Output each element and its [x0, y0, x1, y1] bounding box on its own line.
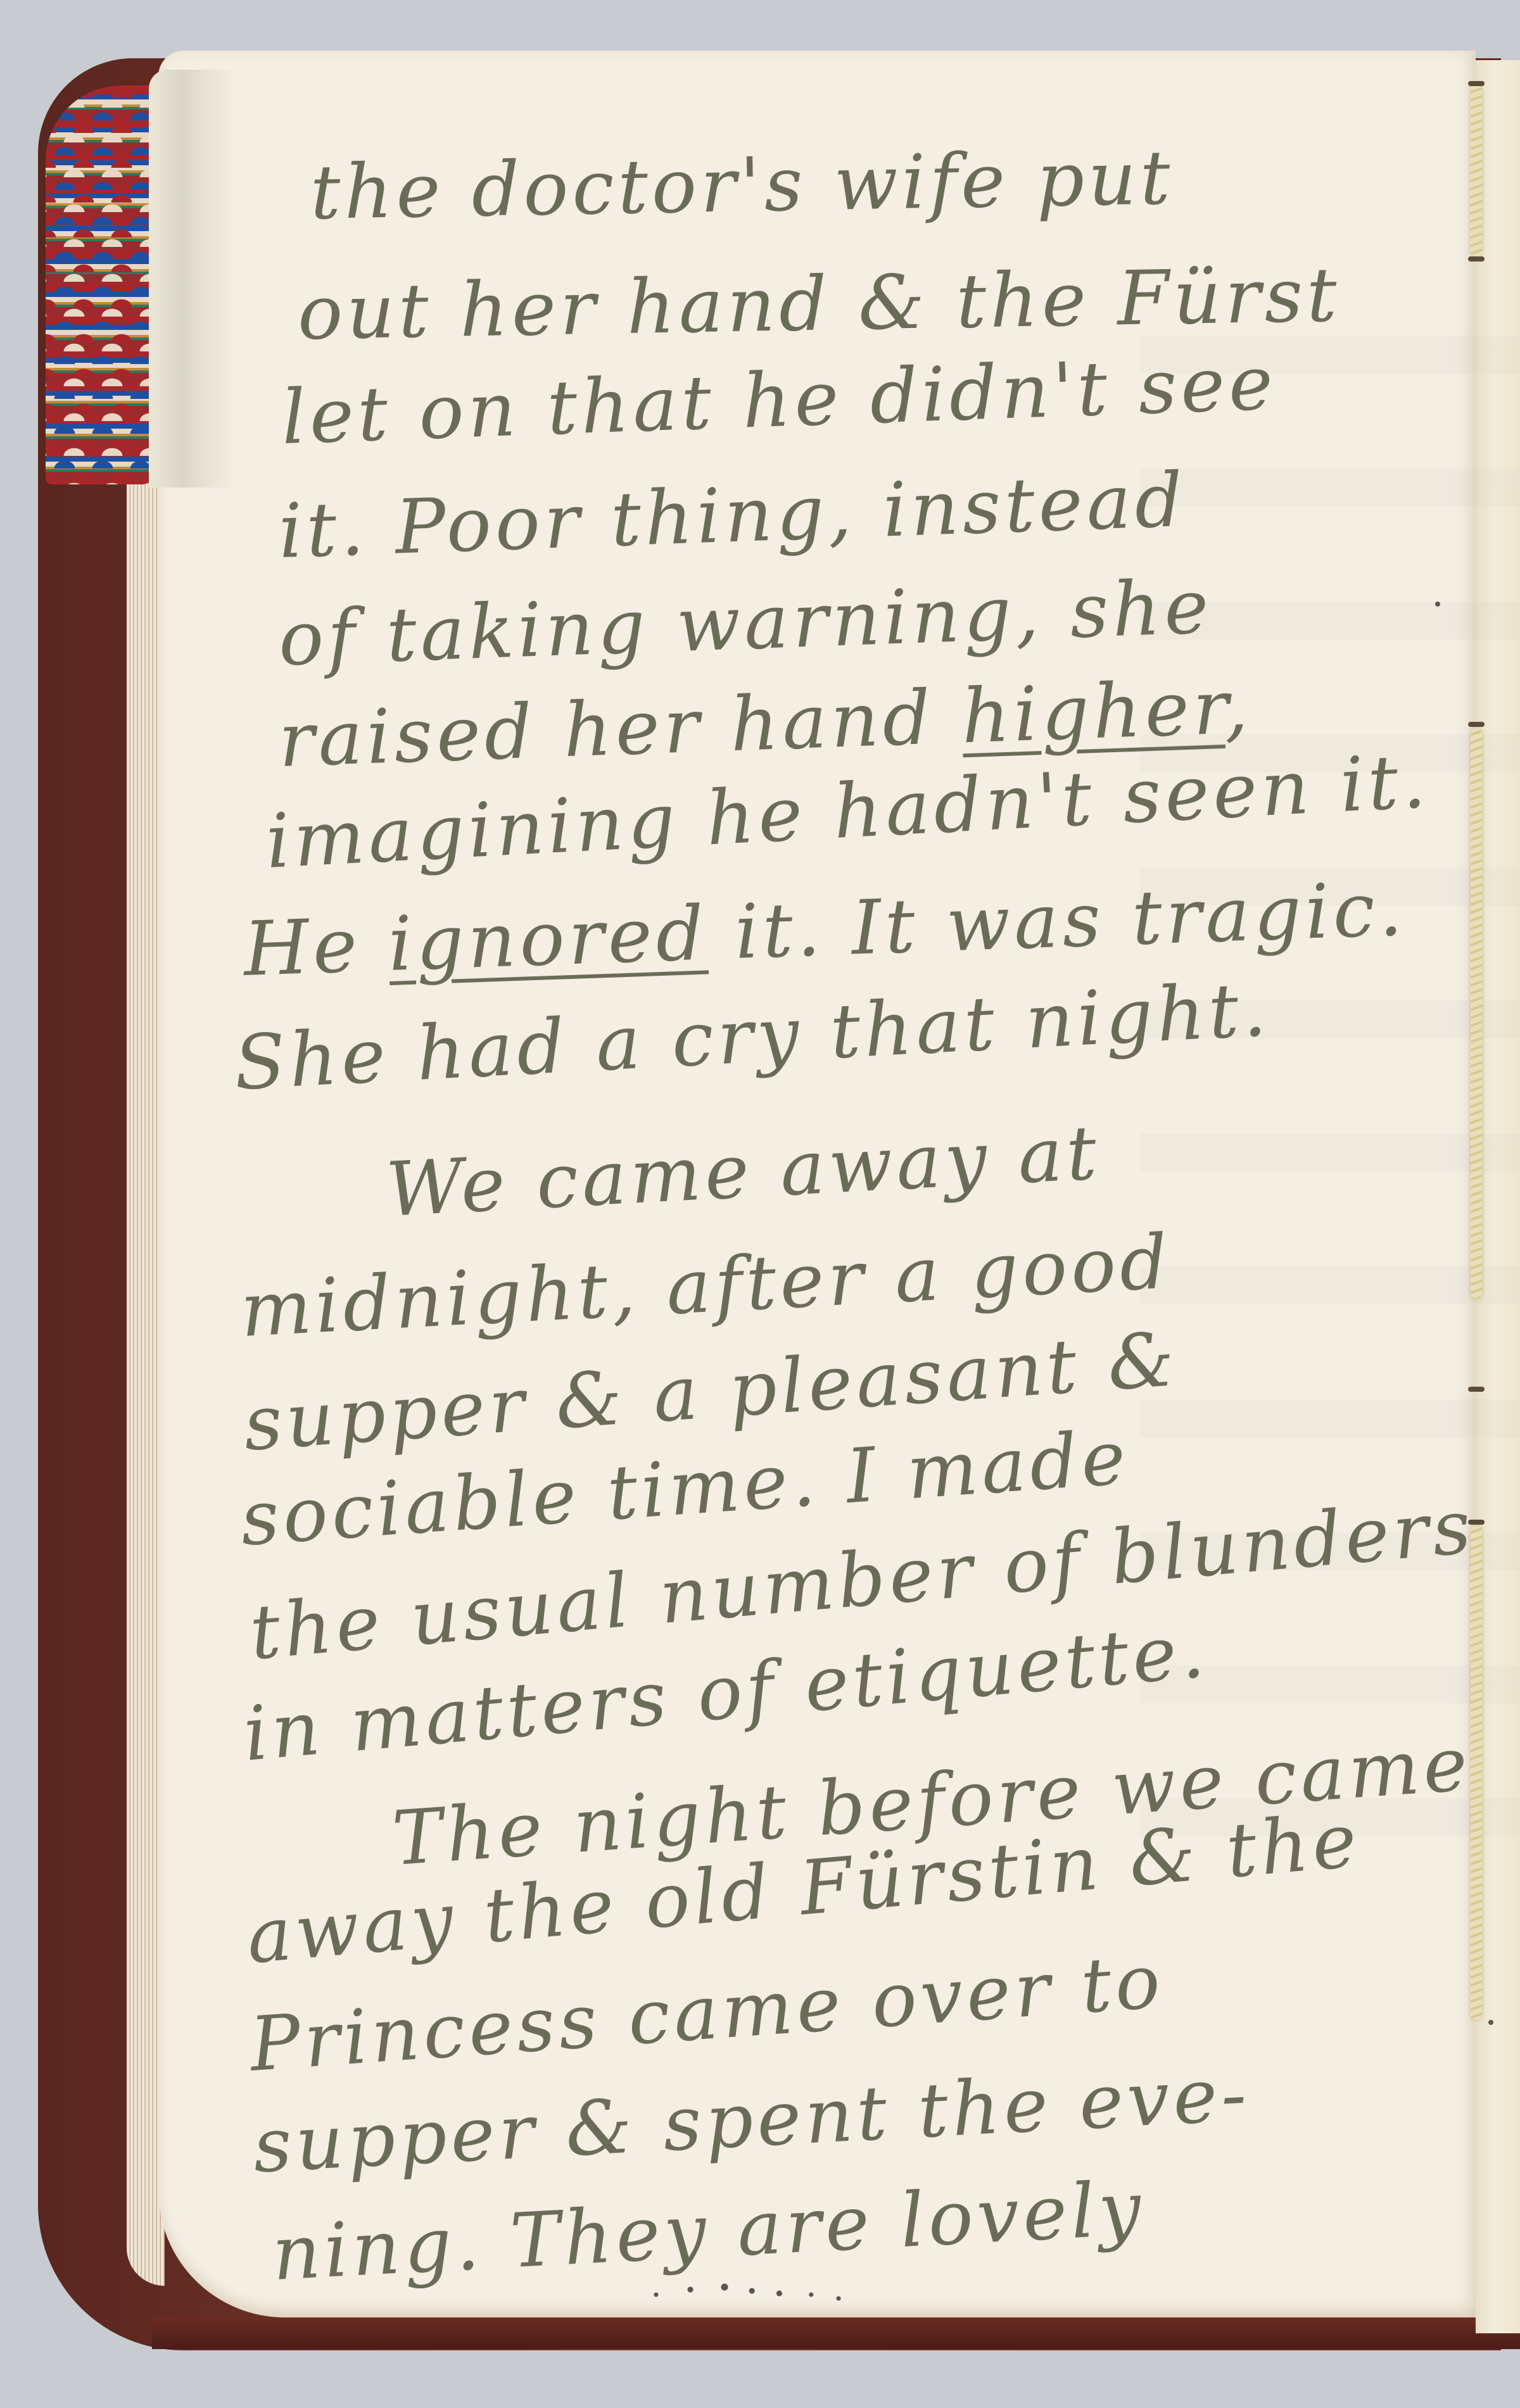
stitch-knot — [1468, 722, 1485, 727]
marbled-fore-edge — [46, 85, 150, 484]
binding-stitch — [1471, 1526, 1482, 2020]
leather-binding-bottom-edge — [152, 2317, 1520, 2349]
underlined-word: ignored — [387, 889, 709, 988]
stitch-knot — [1468, 1387, 1485, 1392]
binding-stitch — [1471, 85, 1482, 256]
line-text: , — [1222, 662, 1253, 750]
stitch-knot — [1468, 81, 1485, 86]
handwritten-line: the doctor's wife put — [310, 140, 1174, 230]
gutter-mark — [1488, 2020, 1493, 2025]
torn-page-stub — [149, 70, 231, 488]
line-text: He — [243, 900, 390, 993]
ink-spatter — [633, 2279, 861, 2305]
binding-stitch — [1471, 728, 1482, 1298]
underlined-word: higher — [960, 664, 1225, 760]
gutter-mark — [1435, 602, 1440, 607]
stitch-knot — [1468, 256, 1485, 262]
handwritten-line: out her hand & the Fürst — [297, 257, 1341, 350]
